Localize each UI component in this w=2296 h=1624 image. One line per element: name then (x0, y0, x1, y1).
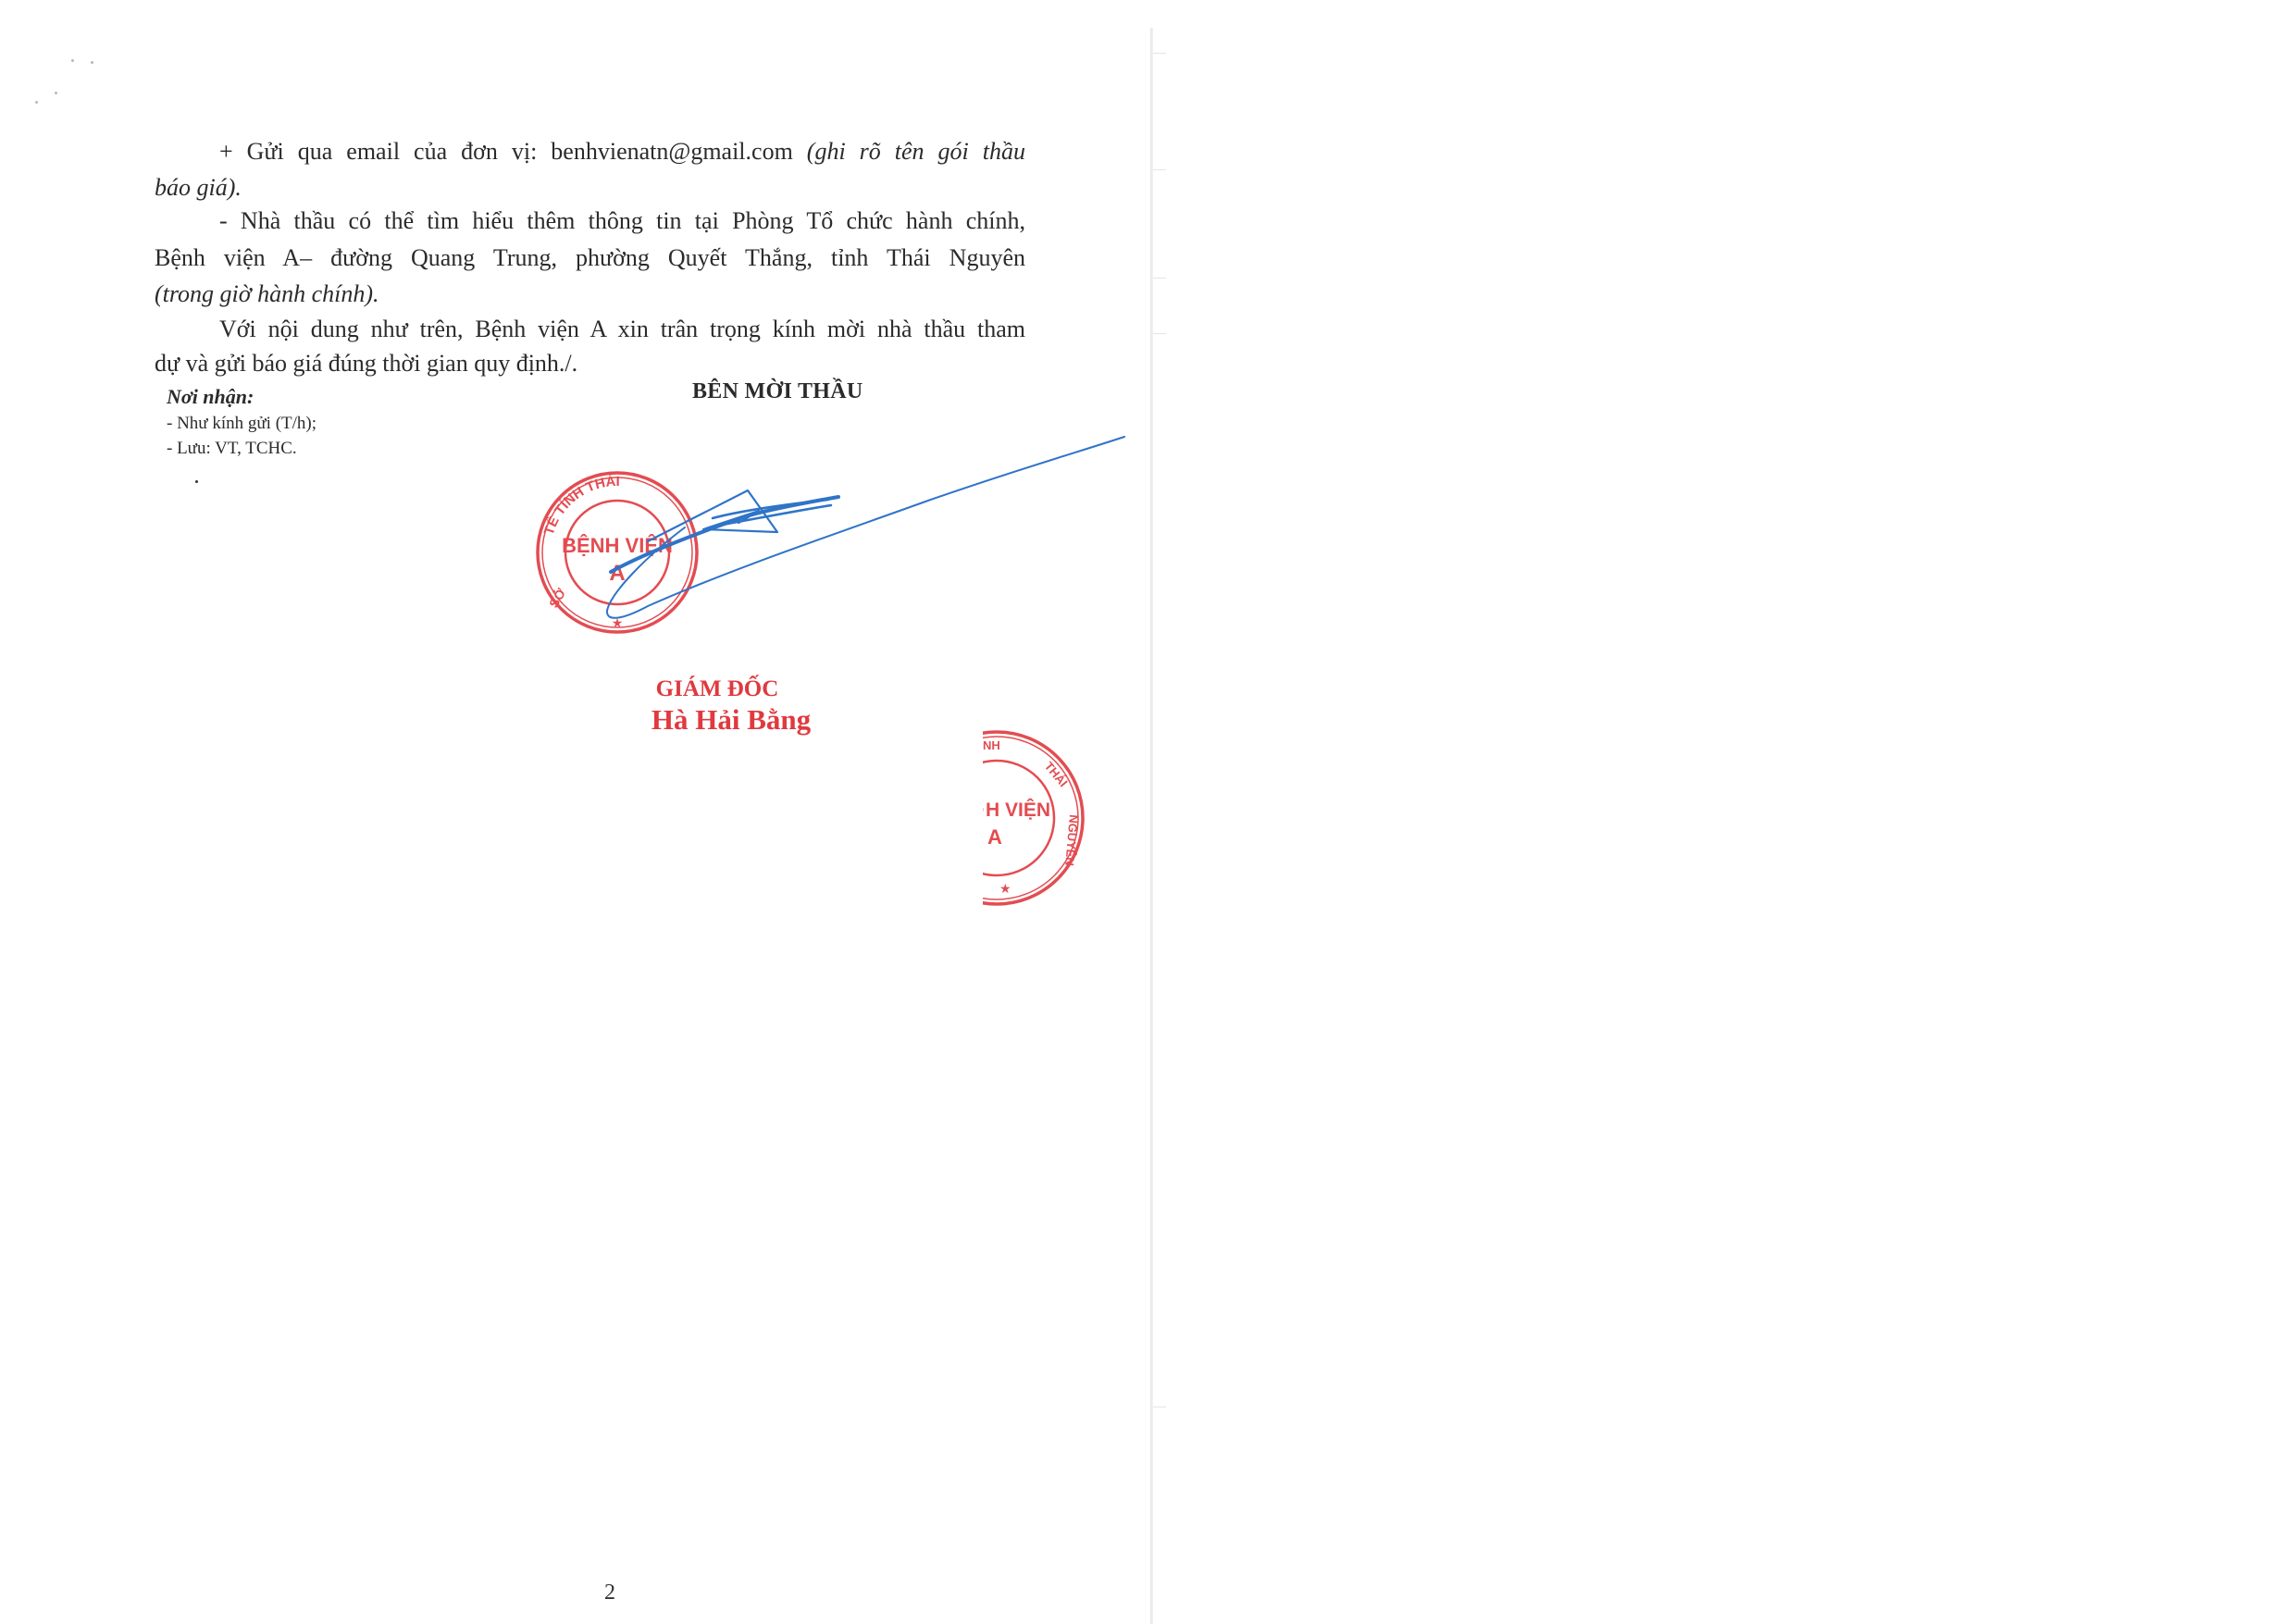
svg-text:★: ★ (612, 617, 624, 631)
svg-text:A: A (987, 825, 1002, 849)
red-stamp: TẾ TỈNH THÁI BỆNH VIỆN A ★ SỞ (538, 473, 697, 632)
scan-tick (1153, 1407, 1166, 1407)
svg-text:★: ★ (999, 883, 1011, 897)
handwritten-signature (607, 437, 1124, 618)
svg-text:NH: NH (983, 738, 1000, 752)
scan-tick (1153, 278, 1166, 279)
scan-tick (1153, 53, 1166, 54)
page-number: 2 (604, 1581, 615, 1605)
signer-position: GIÁM ĐỐC (648, 676, 787, 702)
page-edge-divider (1150, 28, 1153, 1624)
document-page: + Gửi qua email của đơn vị: benhvienatn@… (0, 0, 1152, 1624)
svg-text:·H VIỆN: ·H VIỆN (979, 799, 1050, 821)
partial-red-stamp: NH ·H VIỆN A ★ THÁI NGUYÊN (911, 732, 1083, 904)
svg-text:NGUYÊN: NGUYÊN (1062, 814, 1081, 867)
svg-text:THÁI: THÁI (1042, 759, 1071, 789)
stamp-and-signature: TẾ TỈNH THÁI BỆNH VIỆN A ★ SỞ NH ·H VIỆN… (0, 0, 1152, 1018)
scan-tick (1153, 169, 1166, 170)
signer-name: Hà Hải Bằng (639, 703, 824, 737)
scan-tick (1153, 333, 1166, 334)
